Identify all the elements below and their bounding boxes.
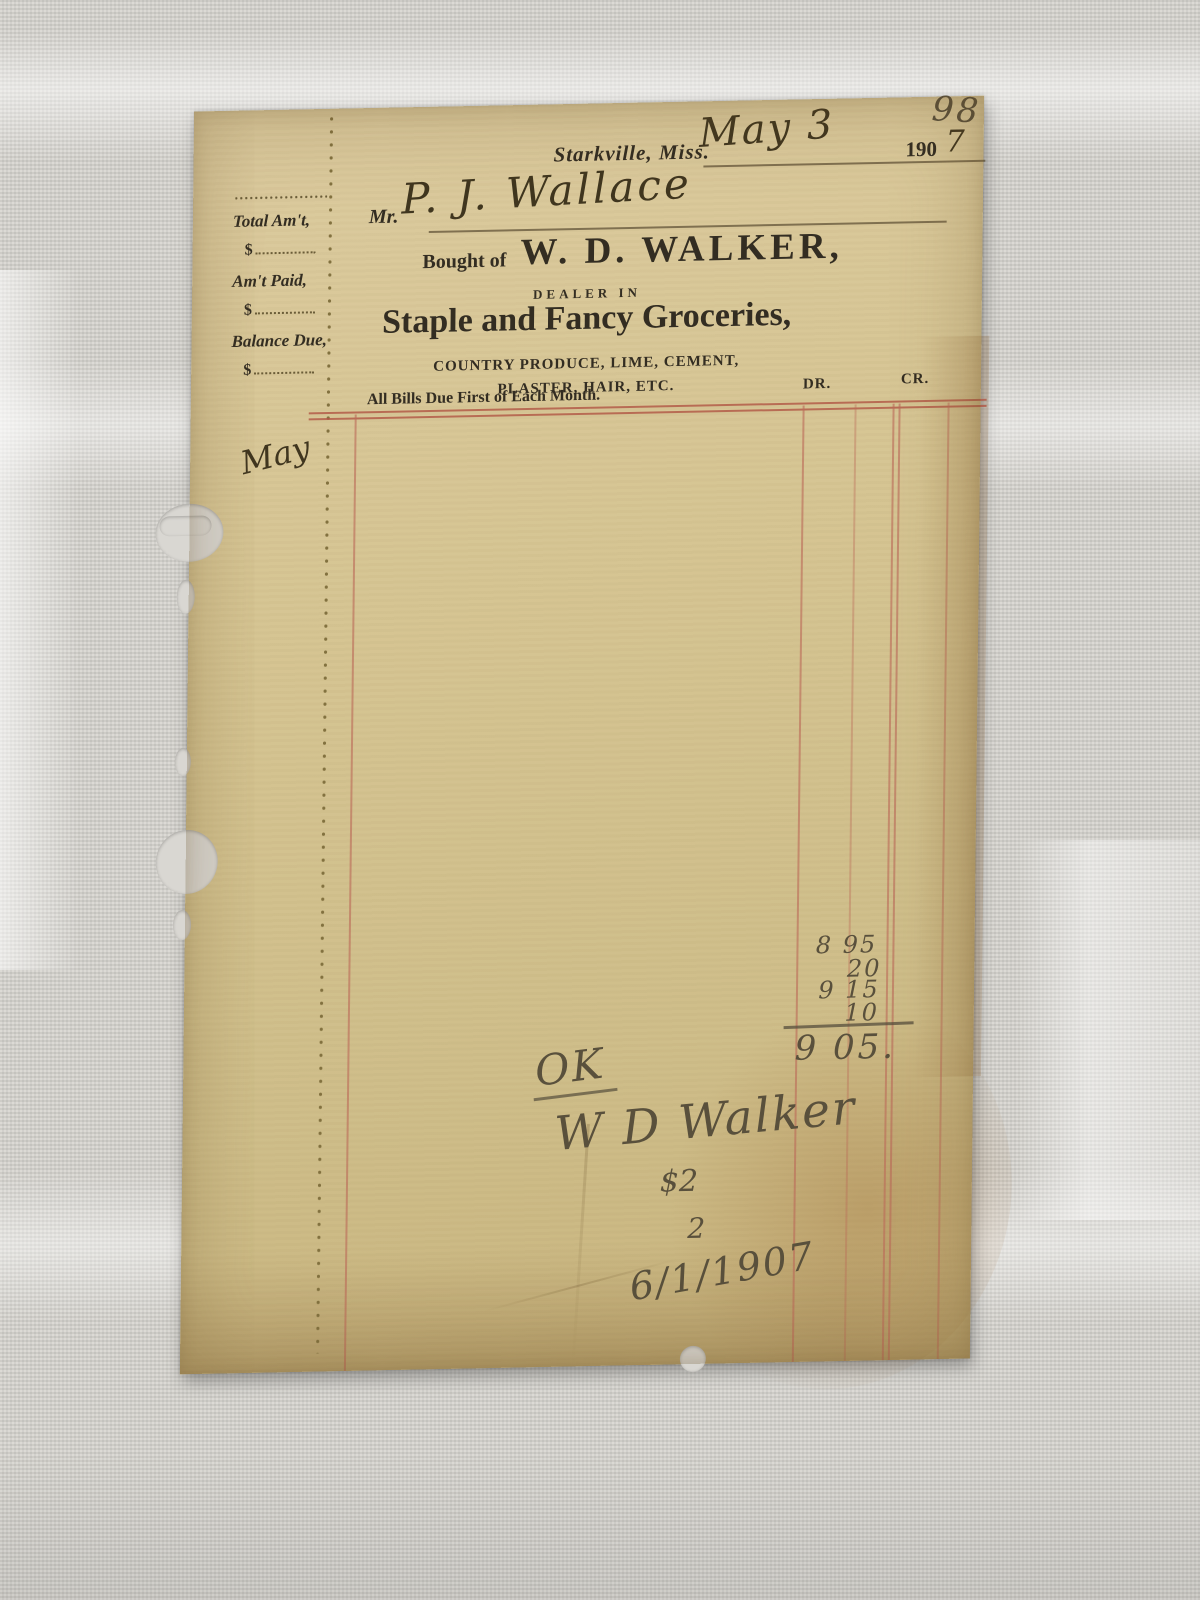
printed-year-prefix: 190 <box>905 137 937 163</box>
date-column-rule <box>344 414 357 1370</box>
edge-nick <box>177 580 195 614</box>
amount-note-2: 2 <box>687 1212 705 1245</box>
dotted-leader <box>256 239 316 254</box>
edge-nick <box>175 748 191 776</box>
fabric-fold-highlight <box>1015 840 1200 1220</box>
photo-of-billhead: Total Am't, $ Am't Paid, $ Balance Due, … <box>0 0 1200 1600</box>
stub-totals-block: Total Am't, $ Am't Paid, $ Balance Due, … <box>231 192 363 380</box>
bought-of-label: Bought of <box>422 249 506 274</box>
ledger-rows <box>194 96 984 112</box>
fabric-band <box>0 1450 1200 1600</box>
stub-amount-total: $ <box>245 238 363 259</box>
amount-note: $2 <box>660 1164 699 1200</box>
credit-column-header: CR. <box>901 371 930 389</box>
bottom-edge-tear <box>680 1346 706 1373</box>
mr-label: Mr. <box>369 206 399 230</box>
terms-line: All Bills Due First of Each Month. <box>367 387 601 410</box>
edge-nick <box>173 910 191 940</box>
handwritten-customer-name: P. J. Wallace <box>401 159 693 224</box>
debit-column-header: DR. <box>803 376 832 394</box>
ledger-month: May <box>237 428 313 482</box>
punch-hole-notch <box>159 515 211 536</box>
date-underline <box>703 160 985 168</box>
stub-dotted-line <box>235 195 327 200</box>
fabric-fold-highlight <box>0 270 80 970</box>
punch-hole-notch <box>155 829 218 894</box>
dollar-sign: $ <box>245 242 253 259</box>
stub-label-total: Total Am't, <box>233 209 363 232</box>
paper-stain <box>911 336 989 1078</box>
stub-label-paid: Am't Paid, <box>232 269 362 292</box>
handwritten-date: May 3 <box>698 101 835 157</box>
billhead-sheet: Total Am't, $ Am't Paid, $ Balance Due, … <box>180 96 984 1374</box>
merchant-name: W. D. WALKER, <box>520 225 843 274</box>
approval-mark: OK <box>529 1037 617 1101</box>
page-number-note: 98 <box>930 89 982 131</box>
total-amount: 9 05. <box>787 1027 903 1069</box>
